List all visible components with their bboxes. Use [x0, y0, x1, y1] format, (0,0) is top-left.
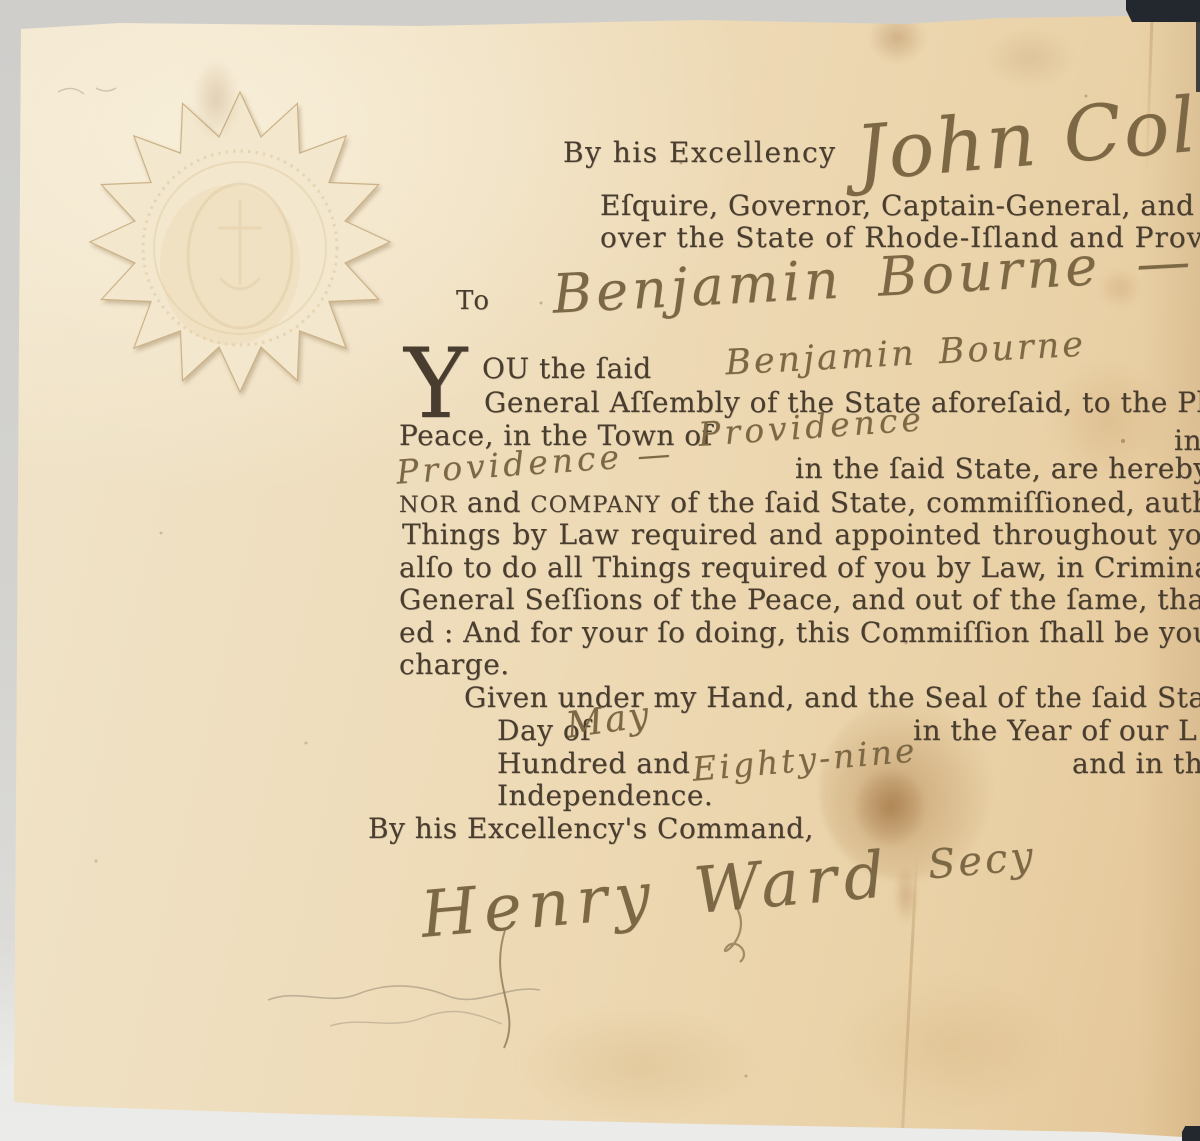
- signature-descender-stroke: [500, 930, 509, 1048]
- ink-specks: [0, 0, 2, 2]
- secy-flourish-stroke: [725, 905, 744, 962]
- pencil-inscription-line2: [330, 1011, 502, 1026]
- dark-edge-object-bottom-right: [1182, 1126, 1200, 1141]
- pencil-smudge-topleft: [58, 88, 116, 94]
- scanned-document-page: { "document": { "header": { "by_line": "…: [0, 0, 1200, 1141]
- dark-edge-sliver-right: [1196, 20, 1200, 92]
- dark-edge-object-top-right: [1126, 0, 1200, 22]
- pencil-inscription-line1: [268, 986, 540, 1000]
- signature-flourishes: [0, 0, 1200, 1141]
- aged-parchment-sheet: By his Excellency Eſquire, Governor, Cap…: [0, 0, 1200, 1141]
